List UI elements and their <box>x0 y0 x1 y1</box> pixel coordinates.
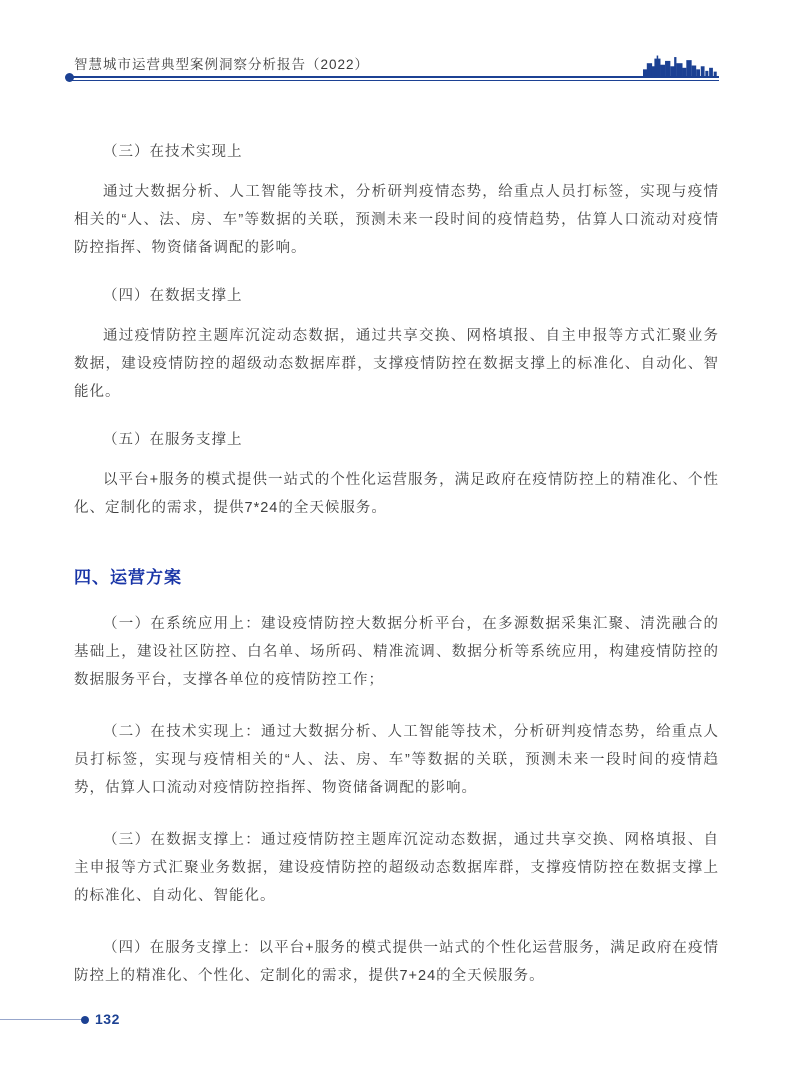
section-paragraph-4: 通过疫情防控主题库沉淀动态数据，通过共享交换、网格填报、自主申报等方式汇聚业务数… <box>74 322 719 406</box>
footer-dot <box>81 1016 89 1024</box>
footer-rule <box>0 1019 82 1020</box>
header-rule-dot <box>65 73 74 82</box>
chapter-heading: 四、运营方案 <box>74 566 719 590</box>
chapter-paragraph-3: （三）在数据支撑上：通过疫情防控主题库沉淀动态数据，通过共享交换、网格填报、自主… <box>74 826 719 910</box>
section-heading-4: （四）在数据支撑上 <box>74 282 719 310</box>
page-content: （三）在技术实现上 通过大数据分析、人工智能等技术，分析研判疫情态势，给重点人员… <box>74 118 719 1014</box>
section-heading-5: （五）在服务支撑上 <box>74 426 719 454</box>
chapter-paragraph-1: （一）在系统应用上：建设疫情防控大数据分析平台，在多源数据采集汇聚、清洗融合的基… <box>74 610 719 694</box>
page-number: 132 <box>95 1011 120 1027</box>
header-title: 智慧城市运营典型案例洞察分析报告（2022） <box>74 53 369 73</box>
section-paragraph-5: 以平台+服务的模式提供一站式的个性化运营服务，满足政府在疫情防控上的精准化、个性… <box>74 466 719 522</box>
header-rule-thin <box>70 80 719 81</box>
section-heading-3: （三）在技术实现上 <box>74 138 719 166</box>
report-page: 智慧城市运营典型案例洞察分析报告（2022） <box>0 0 793 1077</box>
section-paragraph-3: 通过大数据分析、人工智能等技术，分析研判疫情态势，给重点人员打标签，实现与疫情相… <box>74 178 719 262</box>
chapter-paragraph-4: （四）在服务支撑上：以平台+服务的模式提供一站式的个性化运营服务，满足政府在疫情… <box>74 934 719 990</box>
header-rule-thick <box>70 76 719 78</box>
city-skyline-icon <box>643 54 719 77</box>
chapter-paragraph-2: （二）在技术实现上：通过大数据分析、人工智能等技术，分析研判疫情态势，给重点人员… <box>74 718 719 802</box>
